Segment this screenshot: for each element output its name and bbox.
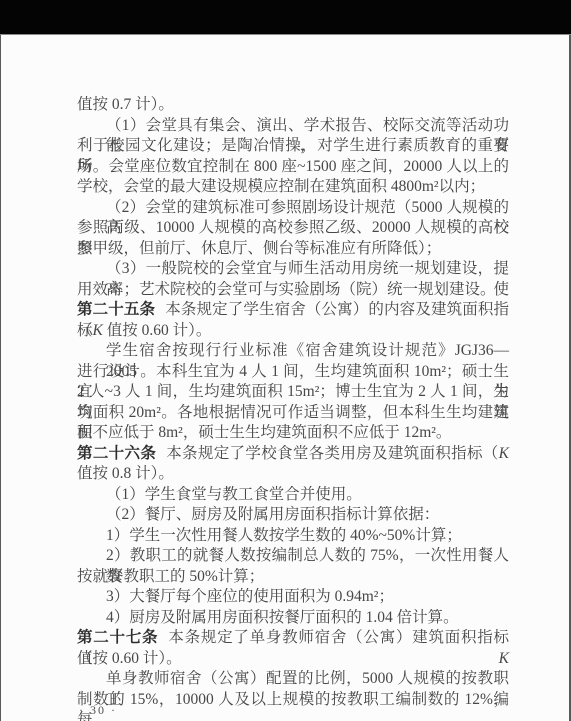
- text-segment: 1）学生一次性用餐人数按学生数的 40%~50%计算；: [106, 527, 462, 544]
- text-line: 制数的 15%，10000 人及以上规模的按教职工编制数的 12%，每: [77, 690, 509, 711]
- text-segment: 制数的 15%，10000 人及以上规模的按教职工编制数的 12%，每: [77, 691, 509, 721]
- text-segment: 值按 0.8 计）。: [77, 465, 174, 482]
- article-heading: 第二十六条: [77, 445, 156, 462]
- text-line: 所。会堂座位数宜控制在 800 座~1500 座之间，20000 人以上的: [77, 157, 509, 178]
- variable-k: K: [499, 650, 509, 667]
- text-segment: 所。会堂座位数宜控制在 800 座~1500 座之间，20000 人以上的: [77, 158, 509, 175]
- text-segment: 本条规定了学校食堂各类用房及建筑面积指标（: [166, 445, 498, 462]
- text-line: （2）餐厅、厨房及附属用房面积指标计算依据：: [77, 505, 509, 526]
- page-left-edge: [0, 35, 1, 721]
- text-line: 2 人~3 人 1 间，生均建筑面积 15m²；博士生宜为 2 人 1 间，生均…: [77, 382, 509, 403]
- text-segment: 4）厨房及附属用房面积按餐厅面积的 1.04 倍计算。: [106, 609, 459, 626]
- text-line: 2）教职工的就餐人数按编制总人数的 75%，一次性用餐人数: [77, 546, 509, 567]
- text-line: 第二十七条本条规定了单身教师宿舍（公寓）建筑面积指标（K: [77, 628, 509, 649]
- text-line: 学生宿舍按现行行业标准《宿舍建筑设计规范》JGJ36—2005: [77, 341, 509, 362]
- text-line: （1）会堂具有集会、演出、学术报告、校际交流等活动功能，有: [77, 116, 509, 137]
- text-line: 值按 0.7 计）。: [77, 95, 509, 116]
- text-line: 用效率；艺术院校的会堂可与实验剧场（院）统一规划建设。: [77, 280, 509, 301]
- variable-k: K: [93, 322, 103, 339]
- text-segment: （2）餐厅、厨房及附属用房面积指标计算依据：: [106, 506, 439, 523]
- text-line: 积不应低于 8m²，硕士生生均建筑面积不应低于 12m²。: [77, 423, 509, 444]
- text-segment: （: [77, 322, 93, 339]
- text-line: 第二十六条本条规定了学校食堂各类用房及建筑面积指标（K: [77, 444, 509, 465]
- text-segment: 学校，会堂的最大建设规模应控制在建筑面积 4800m²以内；: [77, 178, 485, 195]
- text-line: （2）会堂的建筑标准可参照剧场设计规范（5000 人规模的高校: [77, 198, 509, 219]
- text-line: 3）大餐厅每个座位的使用面积为 0.94m²；: [77, 587, 509, 608]
- article-heading: 第二十七条: [77, 629, 158, 646]
- text-segment: 3）大餐厅每个座位的使用面积为 0.94m²；: [106, 588, 394, 605]
- text-segment: 积不应低于 8m²，硕士生生均建筑面积不应低于 12m²。: [77, 424, 451, 441]
- page-number: · 30 ·: [79, 703, 117, 717]
- text-line: 利于校园文化建设；是陶冶情操，对学生进行素质教育的重要场: [77, 136, 509, 157]
- text-line: （K 值按 0.60 计）。: [77, 321, 509, 342]
- text-line: 参照丙级、10000 人规模的高校参照乙级、20000 人规模的高校参: [77, 218, 509, 239]
- text-line: 第二十五条本条规定了学生宿舍（公寓）的内容及建筑面积指标: [77, 300, 509, 321]
- text-segment: 照甲级，但前厅、休息厅、侧台等标准应有所降低）；: [77, 240, 441, 257]
- text-segment: 值按 0.60 计）。: [77, 650, 182, 667]
- text-segment: （1）学生食堂与教工食堂合并使用。: [106, 486, 362, 503]
- text-line: （1）学生食堂与教工食堂合并使用。: [77, 485, 509, 506]
- text-segment: 按就餐教职工的 50%计算；: [77, 568, 264, 585]
- scan-top-black-bar: [0, 0, 571, 35]
- text-segment: 用效率；艺术院校的会堂可与实验剧场（院）统一规划建设。: [77, 281, 496, 298]
- text-line: 4）厨房及附属用房面积按餐厅面积的 1.04 倍计算。: [77, 608, 509, 629]
- text-line: 按就餐教职工的 50%计算；: [77, 567, 509, 588]
- document-page: 值按 0.7 计）。（1）会堂具有集会、演出、学术报告、校际交流等活动功能，有利…: [0, 0, 571, 721]
- text-line: 照甲级，但前厅、休息厅、侧台等标准应有所降低）；: [77, 239, 509, 260]
- document-text: 值按 0.7 计）。（1）会堂具有集会、演出、学术报告、校际交流等活动功能，有利…: [77, 95, 509, 710]
- text-segment: 值按 0.7 计）。: [77, 96, 174, 113]
- article-heading: 第二十五条: [77, 301, 155, 318]
- text-segment: 值按 0.60 计）。: [103, 322, 212, 339]
- text-line: 单身教师宿舍（公寓）配置的比例，5000 人规模的按教职工编: [77, 669, 509, 690]
- variable-k: K: [499, 445, 509, 462]
- text-line: 值按 0.8 计）。: [77, 464, 509, 485]
- text-line: 筑面积 20m²。各地根据情况可作适当调整，但本科生生均建筑面: [77, 403, 509, 424]
- text-line: （3）一般院校的会堂宜与师生活动用房统一规划建设，提高使: [77, 259, 509, 280]
- text-line: 1）学生一次性用餐人数按学生数的 40%~50%计算；: [77, 526, 509, 547]
- text-line: 学校，会堂的最大建设规模应控制在建筑面积 4800m²以内；: [77, 177, 509, 198]
- text-line: 进行设计。本科生宜为 4 人 1 间，生均建筑面积 10m²；硕士生宜为: [77, 362, 509, 383]
